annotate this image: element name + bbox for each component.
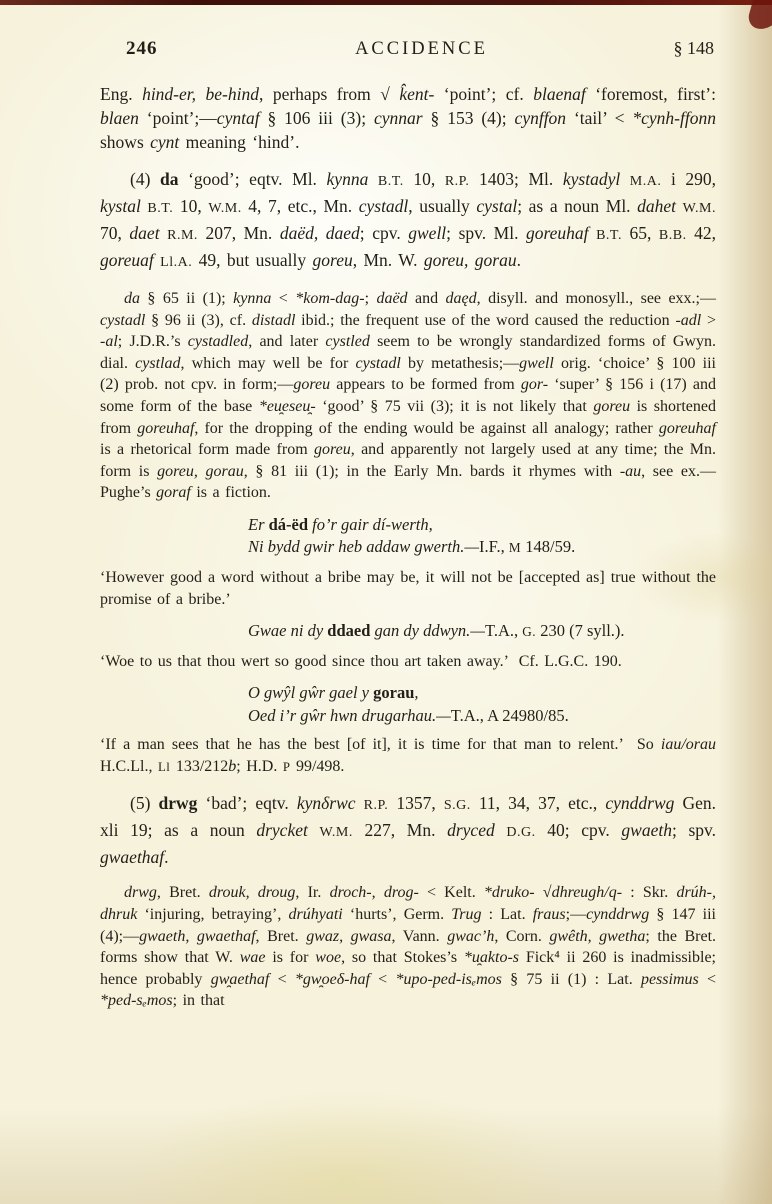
verse-line: Oed i’r gŵr hwn drugarhau.—T.A., A 24980… xyxy=(248,705,716,728)
paragraph-hind-etymology: Eng. hind-er, be-hind, perhaps from √ k̂… xyxy=(100,82,716,154)
entry-5-drwg: (5) drwg ‘bad’; eqtv. kynδrwc R.P. 1357,… xyxy=(100,791,716,869)
note-da: da § 65 ii (1); kynna < *kom-dag-; daëd … xyxy=(100,288,716,504)
verse-line: Gwae ni dy ddaed gan dy ddwyn.—T.A., G. … xyxy=(248,620,716,644)
page-number: 246 xyxy=(100,38,158,60)
note-drwg: drwg, Bret. drouk, droug, Ir. droch-, dr… xyxy=(100,882,716,1012)
book-page-scan: 246 ACCIDENCE § 148 Eng. hind-er, be-hin… xyxy=(0,0,772,1204)
entry-4-da: (4) da ‘good’; eqtv. Ml. kynna B.T. 10, … xyxy=(100,167,716,275)
section-number: § 148 xyxy=(674,38,717,59)
verse-line: O gwŷl gŵr gael y gorau, xyxy=(248,682,716,705)
translation-1: ‘However good a word without a bribe may… xyxy=(100,567,716,610)
verse-line: Er dá-ëd fo’r gair dí-werth, xyxy=(248,514,716,537)
verse-quotation-3: O gwŷl gŵr gael y gorau, Oed i’r gŵr hwn… xyxy=(248,682,716,727)
translation-2: ‘Woe to us that thou wert so good since … xyxy=(100,651,716,673)
corner-stain xyxy=(746,0,772,33)
running-title: ACCIDENCE xyxy=(355,39,488,60)
page-header: 246 ACCIDENCE § 148 xyxy=(100,38,716,60)
binding-edge xyxy=(0,0,772,5)
text-column: 246 ACCIDENCE § 148 Eng. hind-er, be-hin… xyxy=(100,38,716,1012)
verse-line: Ni bydd gwir heb addaw gwerth.—I.F., M 1… xyxy=(248,536,716,560)
translation-3: ‘If a man sees that he has the best [of … xyxy=(100,734,716,778)
verse-quotation-1: Er dá-ëd fo’r gair dí-werth, Ni bydd gwi… xyxy=(248,514,716,560)
verse-quotation-2: Gwae ni dy ddaed gan dy ddwyn.—T.A., G. … xyxy=(248,620,716,644)
